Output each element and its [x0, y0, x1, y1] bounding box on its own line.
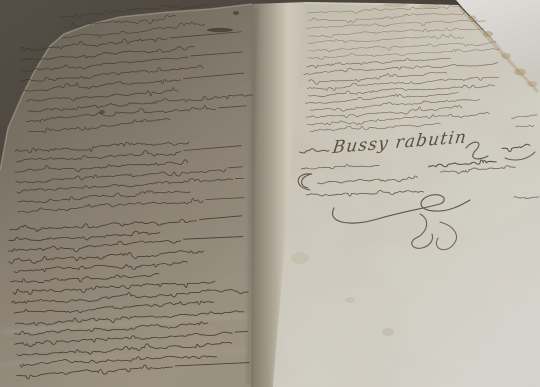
manuscript-photo-canvas: Bussy rabutin — [0, 0, 540, 387]
manuscript-photo: Bussy rabutin — [0, 0, 540, 387]
photo-grain — [0, 0, 540, 387]
